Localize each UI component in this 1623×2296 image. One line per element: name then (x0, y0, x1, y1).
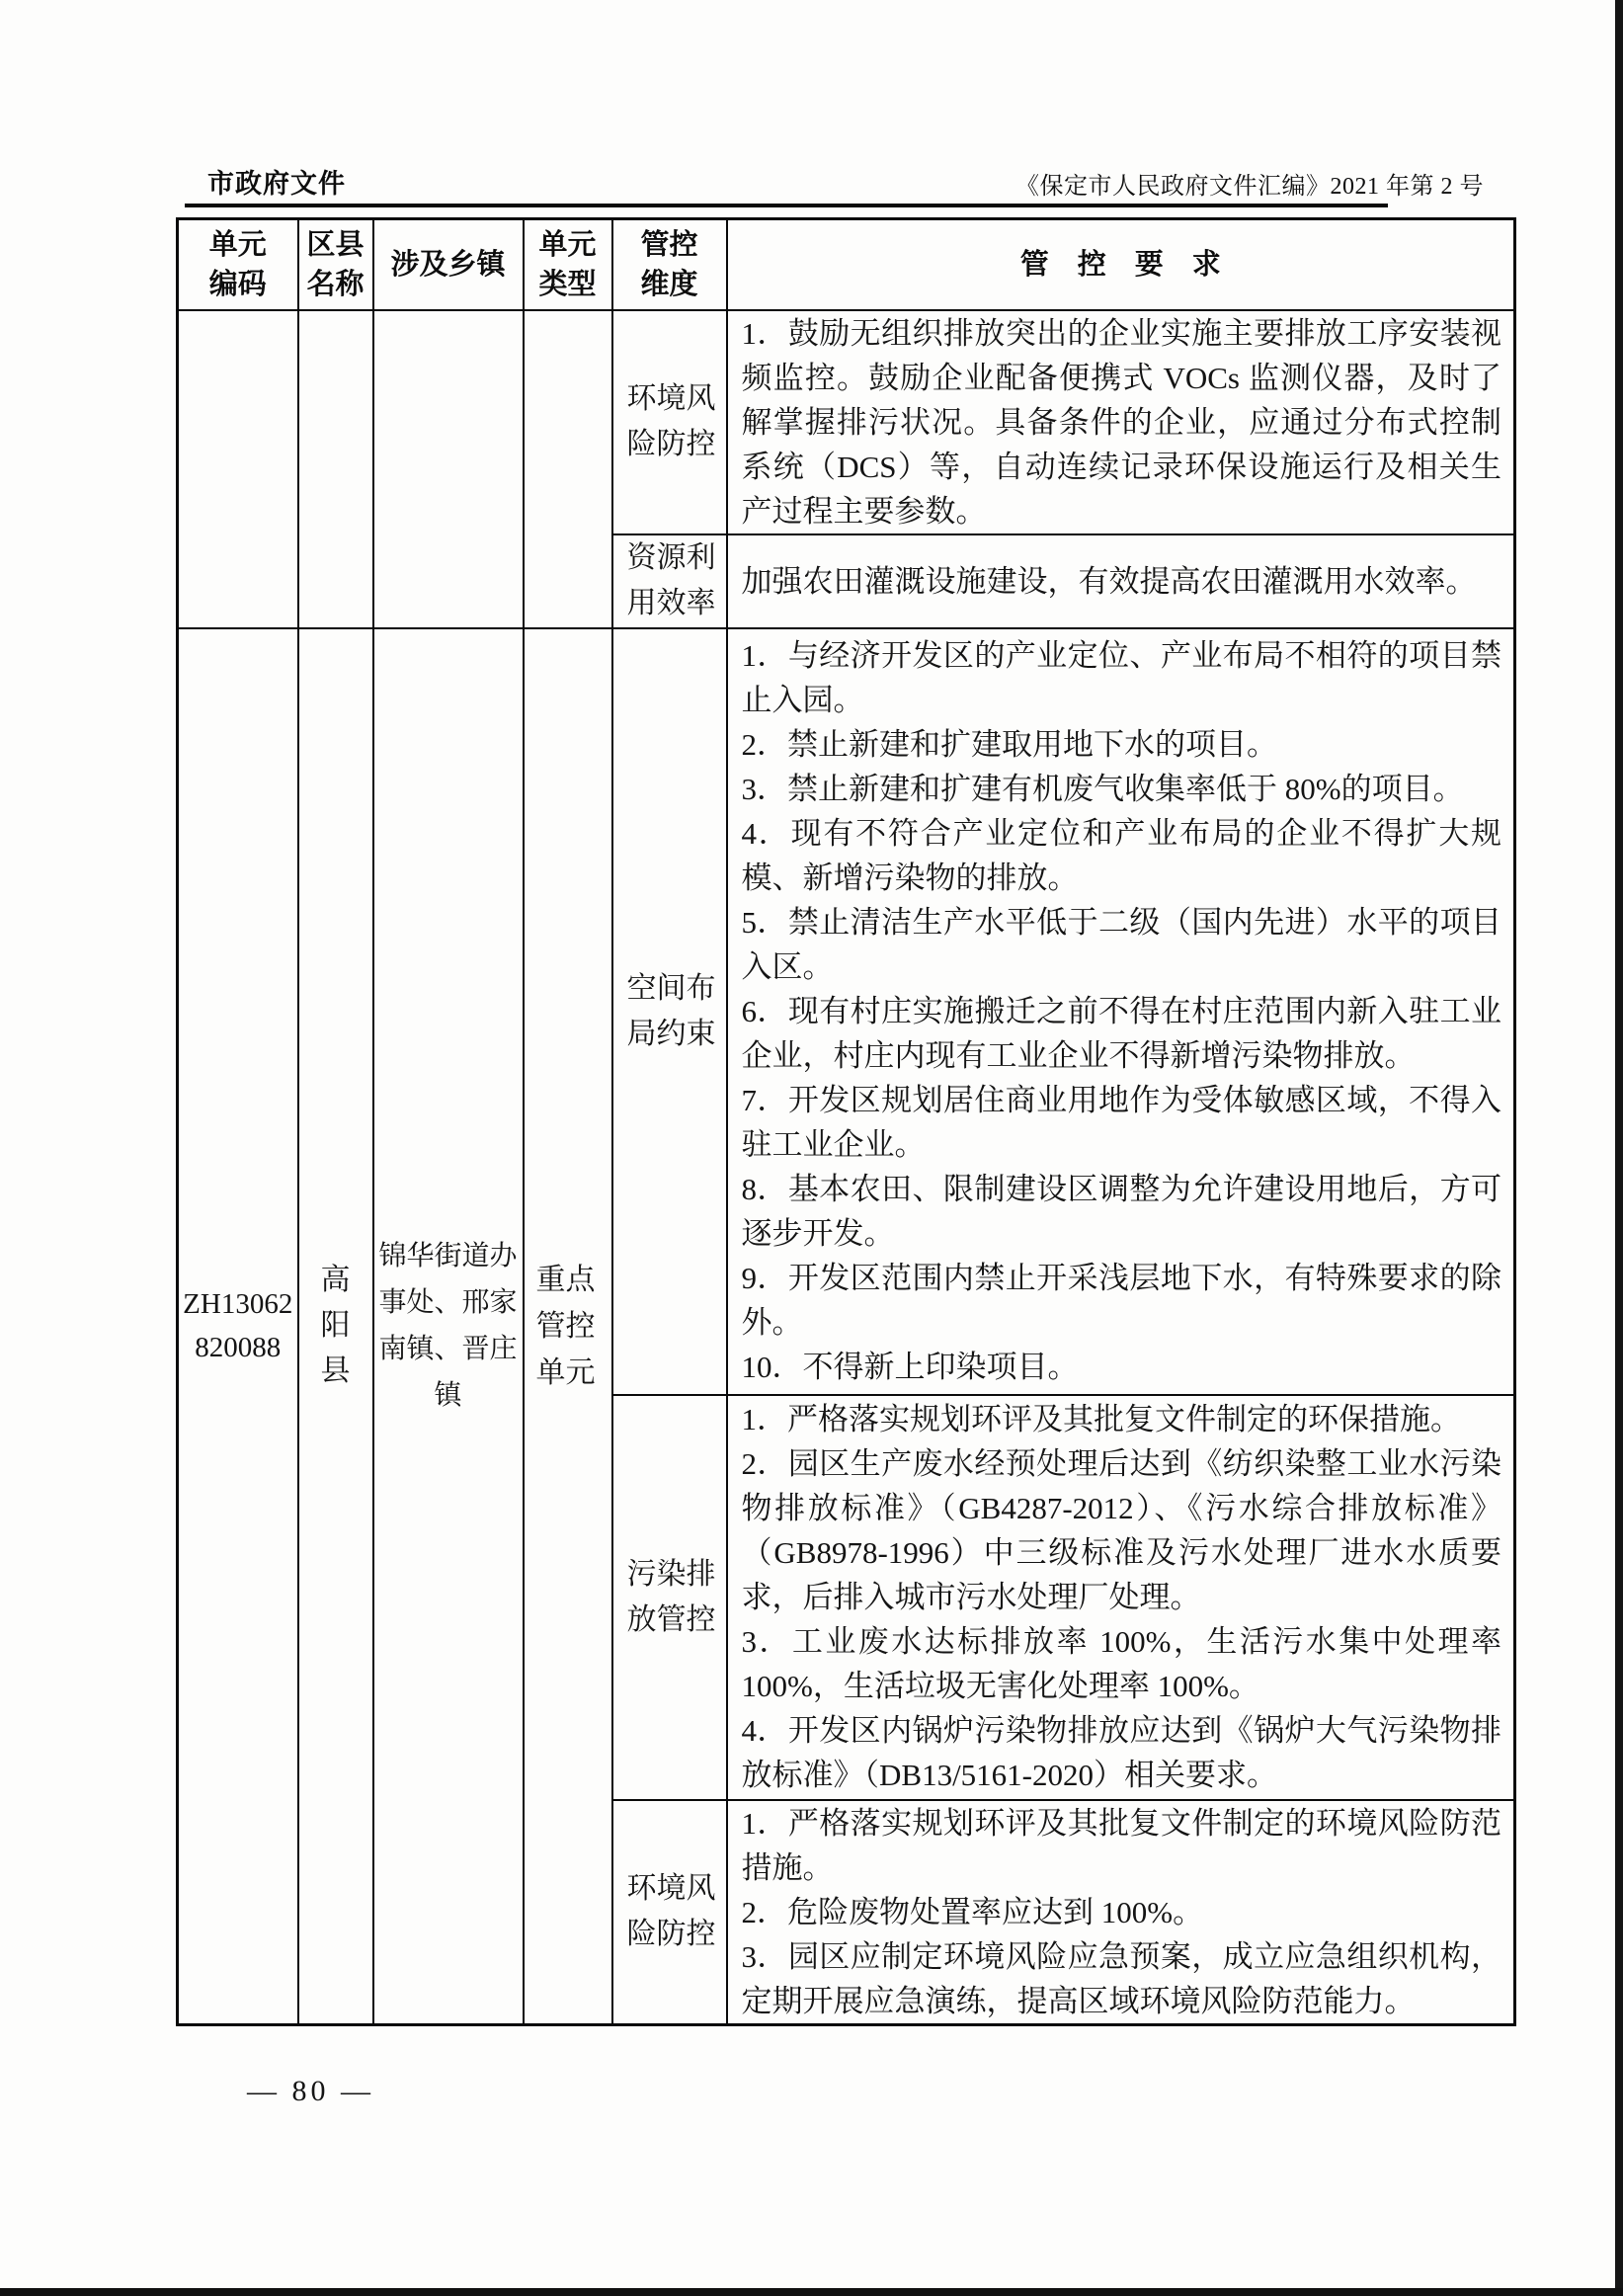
scan-edge-bottom (0, 2288, 1623, 2296)
requirements-cell: 1．严格落实规划环评及其批复文件制定的环境风险防范措施。 2．危险废物处置率应达… (727, 1800, 1515, 2025)
requirement-item: 3．园区应制定环境风险应急预案，成立应急组织机构，定期开展应急演练，提高区域环境… (728, 1934, 1514, 2023)
table-row: 环境风险防控 1．鼓励无组织排放突出的企业实施主要排放工序安装视频监控。鼓励企业… (178, 310, 1515, 534)
table-row: ZH13062820088 高阳县 锦华街道办事处、邢家南镇、晋庄镇 重点管控单… (178, 628, 1515, 1395)
requirement-item: 8．基本农田、限制建设区调整为允许建设用地后，方可逐步开发。 (728, 1167, 1514, 1256)
unit-type-cell: 重点管控单元 (524, 628, 612, 2025)
document-page: 市政府文件 《保定市人民政府文件汇编》2021 年第 2 号 单元 编码 区县 … (0, 0, 1623, 2296)
unit-type-cell (524, 310, 612, 628)
townships-cell (373, 310, 524, 628)
townships-cell: 锦华街道办事处、邢家南镇、晋庄镇 (373, 628, 524, 2025)
table-header-row: 单元 编码 区县 名称 涉及乡镇 单元 类型 管控 维度 管 控 要 求 (178, 219, 1515, 310)
requirement-item: 7．开发区规划居住商业用地作为受体敏感区域，不得入驻工业企业。 (728, 1078, 1514, 1167)
unit-code-value: ZH13062820088 (180, 1282, 296, 1369)
unit-code-cell: ZH13062820088 (178, 628, 298, 2025)
col-header-unit-type: 单元 类型 (524, 219, 612, 310)
requirements-cell: 1．严格落实规划环评及其批复文件制定的环保措施。 2．园区生产废水经预处理后达到… (727, 1395, 1515, 1800)
dimension-cell: 污染排放管控 (612, 1395, 727, 1800)
county-cell: 高阳县 (298, 628, 373, 2025)
dimension-cell: 环境风险防控 (612, 310, 727, 534)
requirements-cell: 1．与经济开发区的产业定位、产业布局不相符的项目禁止入园。 2．禁止新建和扩建取… (727, 628, 1515, 1395)
col-header-county: 区县 名称 (298, 219, 373, 310)
unit-type-value: 重点管控单元 (536, 1257, 600, 1396)
requirement-item: 9．开发区范围内禁止开采浅层地下水，有特殊要求的除外。 (728, 1256, 1514, 1345)
dimension-label: 环境风险防控 (627, 1866, 718, 1957)
dimension-label: 污染排放管控 (627, 1552, 718, 1643)
requirement-item: 3．工业废水达标排放率 100%，生活污水集中处理率 100%，生活垃圾无害化处… (728, 1619, 1514, 1708)
dimension-cell: 资源利用效率 (612, 534, 727, 628)
requirement-item: 4．开发区内锅炉污染物排放应达到《锅炉大气污染物排放标准》（DB13/5161-… (728, 1708, 1514, 1797)
header-rule (185, 204, 1388, 207)
unit-code-cell (178, 310, 298, 628)
requirement-item: 3．禁止新建和扩建有机废气收集率低于 80%的项目。 (728, 767, 1514, 811)
county-cell (298, 310, 373, 628)
townships-value: 锦华街道办事处、邢家南镇、晋庄镇 (376, 1233, 520, 1419)
requirement-item: 10．不得新上印染项目。 (728, 1345, 1514, 1389)
requirement-item: 1．严格落实规划环评及其批复文件制定的环保措施。 (728, 1397, 1514, 1441)
requirement-item: 加强农田灌溉设施建设，有效提高农田灌溉用水效率。 (728, 559, 1514, 604)
requirement-item: 1．与经济开发区的产业定位、产业布局不相符的项目禁止入园。 (728, 633, 1514, 722)
requirement-item: 2．禁止新建和扩建取用地下水的项目。 (728, 722, 1514, 767)
dimension-label: 环境风险防控 (627, 376, 718, 467)
requirement-item: 6．现有村庄实施搬迁之前不得在村庄范围内新入驻工业企业，村庄内现有工业企业不得新… (728, 989, 1514, 1078)
scan-edge-right (1615, 0, 1623, 2296)
dimension-label: 空间布局约束 (627, 966, 718, 1057)
document-category-header: 市政府文件 (207, 162, 346, 201)
col-header-dimension: 管控 维度 (612, 219, 727, 310)
requirement-item: 1．严格落实规划环评及其批复文件制定的环境风险防范措施。 (728, 1801, 1514, 1890)
col-header-townships: 涉及乡镇 (373, 219, 524, 310)
dimension-label: 资源利用效率 (627, 535, 718, 626)
compilation-title-header: 《保定市人民政府文件汇编》2021 年第 2 号 (1015, 166, 1484, 201)
dimension-cell: 空间布局约束 (612, 628, 727, 1395)
requirement-item: 5．禁止清洁生产水平低于二级（国内先进）水平的项目入区。 (728, 900, 1514, 989)
requirement-item: 2．园区生产废水经预处理后达到《纺织染整工业水污染物排放标准》（GB4287-2… (728, 1441, 1514, 1619)
page-number: — 80 — (247, 2075, 374, 2108)
requirement-item: 4．现有不符合产业定位和产业布局的企业不得扩大规模、新增污染物的排放。 (728, 811, 1514, 900)
col-header-requirements: 管 控 要 求 (727, 219, 1515, 310)
dimension-cell: 环境风险防控 (612, 1800, 727, 2025)
requirement-item: 2．危险废物处置率应达到 100%。 (728, 1890, 1514, 1934)
requirements-cell: 1．鼓励无组织排放突出的企业实施主要排放工序安装视频监控。鼓励企业配备便携式 V… (727, 310, 1515, 534)
requirements-cell: 加强农田灌溉设施建设，有效提高农田灌溉用水效率。 (727, 534, 1515, 628)
county-value: 高阳县 (319, 1258, 353, 1394)
requirement-item: 1．鼓励无组织排放突出的企业实施主要排放工序安装视频监控。鼓励企业配备便携式 V… (728, 311, 1514, 533)
col-header-unit-code: 单元 编码 (178, 219, 298, 310)
regulation-table: 单元 编码 区县 名称 涉及乡镇 单元 类型 管控 维度 管 控 要 求 环境风… (176, 217, 1516, 2026)
